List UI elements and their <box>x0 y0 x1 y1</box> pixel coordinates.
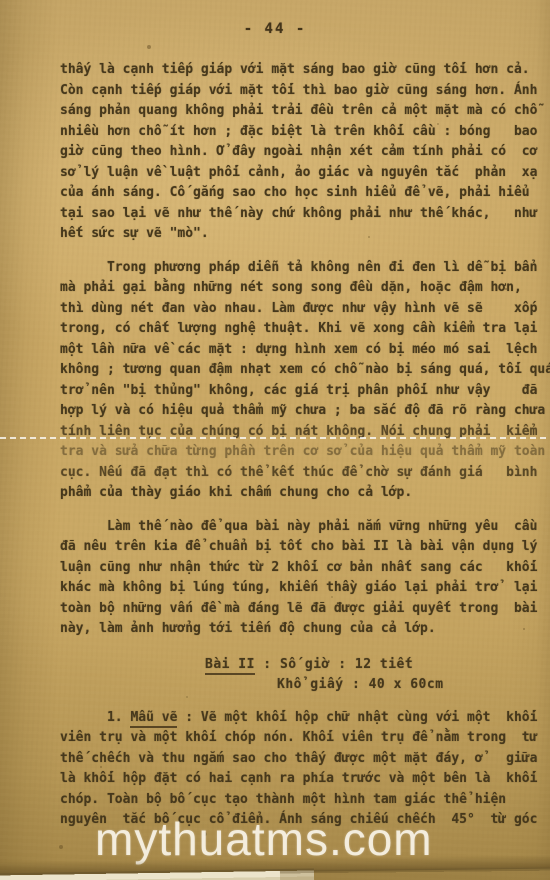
text-line: khác mà không bị lúng túng, khiến thầy g… <box>60 578 550 599</box>
heading-title-underlined: Bài II <box>205 657 255 675</box>
text-line: trong, có chất lượng nghệ thuật. Khi vẽ … <box>60 319 550 340</box>
paper-specks <box>0 0 2 2</box>
text-line: này, làm ảnh hưởng tới tiến độ chung của… <box>60 619 550 640</box>
text-line: giờ cũng theo hình. Ở đây ngoài nhận xét… <box>60 142 550 163</box>
paragraph-2: Trong phương pháp diễn tả không nên đi đ… <box>60 258 550 504</box>
text-column: thấy là cạnh tiếp giáp với mặt sáng bao … <box>60 60 550 831</box>
text-line: đã nêu trên kia để chuẩn bị tốt cho bài … <box>60 537 550 558</box>
subsection-first-line-rest: : Vẽ một khối hộp chữ nhật cùng với một … <box>177 710 537 725</box>
list-number: 1. <box>60 710 130 725</box>
text-line: một lần nữa về các mặt : dựng hình xem c… <box>60 340 550 361</box>
text-line-faded: tra và sửa chữa từng phần trên cơ sở của… <box>60 442 550 463</box>
document-page: - 44 - thấy là cạnh tiếp giáp với mặt sá… <box>0 0 550 880</box>
text-line: Trong phương pháp diễn tả không nên đi đ… <box>60 258 550 279</box>
text-line: sở lý luận về luật phối cảnh, ảo giác và… <box>60 163 550 184</box>
text-line: luận cũng như nhận thức từ 2 khối cơ bản… <box>60 558 550 579</box>
text-line: phẩm của thày giáo khi chấm chung cho cả… <box>60 483 550 504</box>
text-line: cục. Nếu đã đạt thì có thể kết thúc để c… <box>60 463 550 484</box>
text-line: không ; tương quan đậm nhạt xem có chỗ n… <box>60 360 550 381</box>
heading-subtitle: Khổ giấy : 40 x 60cm <box>277 675 550 696</box>
text-line: trở nên "bị thủng" không, các giá trị ph… <box>60 381 550 402</box>
text-line: viên trụ và một khối chóp nón. Khối viên… <box>60 728 550 749</box>
text-line: nhiều hơn chỗ ít hơn ; đặc biệt là trên … <box>60 122 550 143</box>
text-line: là khối hộp đặt có hai cạnh ra phía trướ… <box>60 769 550 790</box>
subsection-label-underlined: Mẫu vẽ <box>130 710 177 728</box>
text-line: thế chếch và thu ngắm sao cho thấy được … <box>60 749 550 770</box>
text-line: Còn cạnh tiếp giáp với mặt tối thì bao g… <box>60 81 550 102</box>
text-line: hợp lý và có hiệu quả thẩm mỹ chưa ; ba … <box>60 401 550 422</box>
text-line: của ánh sáng. Cố gắng sao cho học sinh h… <box>60 183 550 204</box>
paragraph-1: thấy là cạnh tiếp giáp với mặt sáng bao … <box>60 60 550 245</box>
text-line: thấy là cạnh tiếp giáp với mặt sáng bao … <box>60 60 550 81</box>
text-line: sáng phản quang không phải trải đều trên… <box>60 101 550 122</box>
heading-line: Bài II : Số giờ : 12 tiết <box>205 655 550 676</box>
section-heading: Bài II : Số giờ : 12 tiết Khổ giấy : 40 … <box>205 655 550 696</box>
text-line: Làm thế nào để qua bài này phải nắm vững… <box>60 517 550 538</box>
text-line: hết sức sự vẽ "mò". <box>60 224 550 245</box>
text-line: toàn bộ những vấn đề mà đáng lẽ đã được … <box>60 599 550 620</box>
page-number: - 44 - <box>0 21 550 37</box>
text-line: thì dùng nét đan vào nhau. Làm được như … <box>60 299 550 320</box>
text-line: mà phải gại bằng những nét song song đều… <box>60 278 550 299</box>
text-line: 1. Mẫu vẽ : Vẽ một khối hộp chữ nhật cùn… <box>60 708 550 729</box>
text-line: tại sao lại vẽ như thế này chứ không phả… <box>60 204 550 225</box>
paragraph-3: Làm thế nào để qua bài này phải nắm vững… <box>60 517 550 640</box>
dashed-line-overlay <box>0 437 550 439</box>
heading-title-rest: : Số giờ : 12 tiết <box>255 657 413 672</box>
text-line: chóp. Toàn bộ bố cục tạo thành một hình … <box>60 790 550 811</box>
page-bottom-edge <box>280 868 550 880</box>
